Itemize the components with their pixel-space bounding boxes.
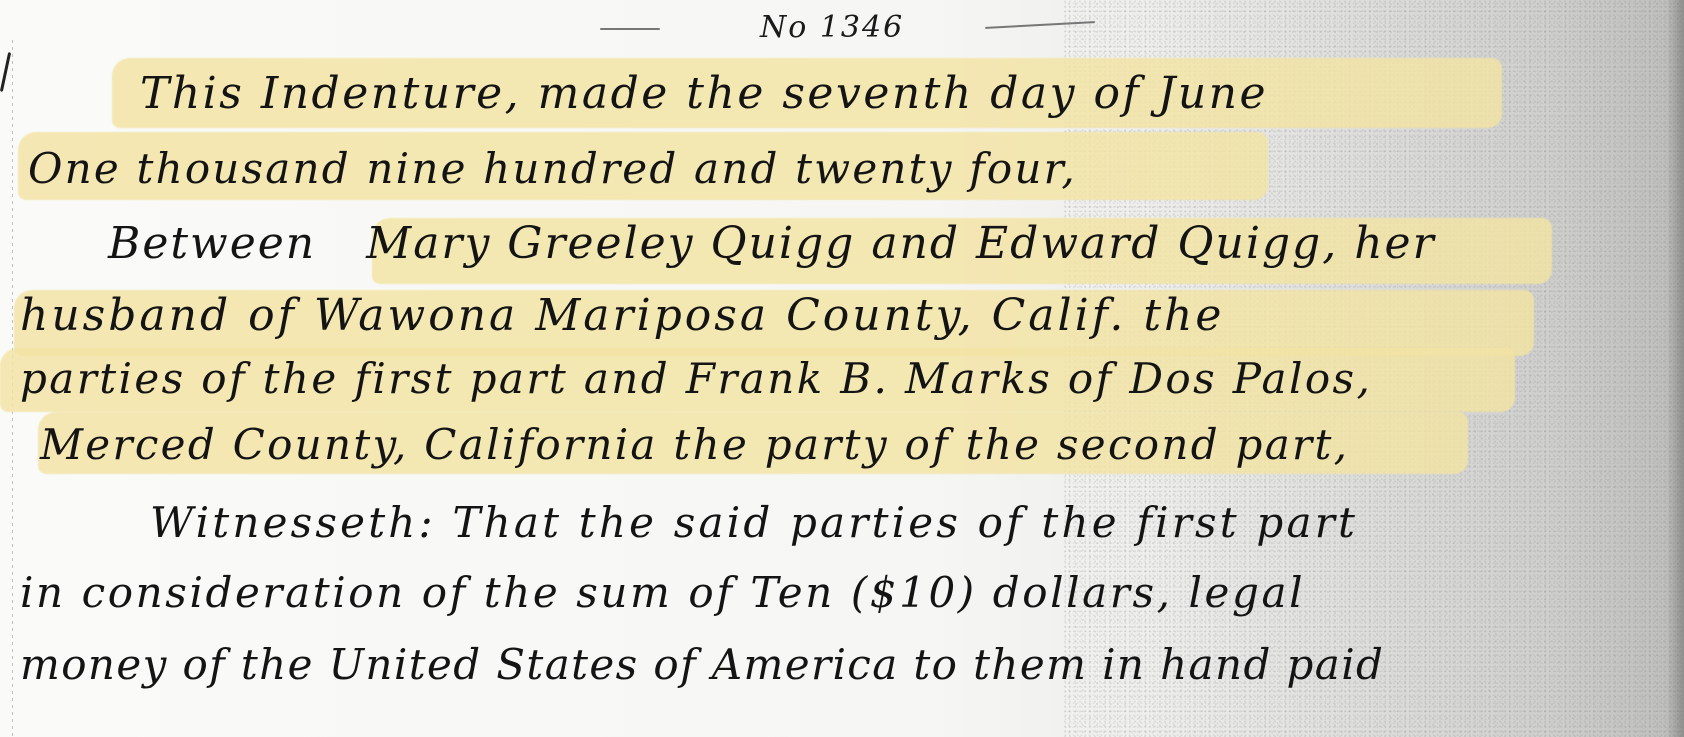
text-line-7: Witnesseth: That the said parties of the… — [150, 502, 1358, 544]
page-edge-shadow — [1666, 0, 1684, 737]
record-number: No 1346 — [760, 10, 904, 45]
text-line-6: Merced County, California the party of t… — [40, 424, 1349, 466]
text-line-9: money of the United States of America to… — [20, 644, 1384, 686]
scanned-document-page: No 1346 This Indenture, made the seventh… — [0, 0, 1684, 737]
margin-mark — [0, 52, 11, 92]
grantor-names: Mary Greeley Quigg and Edward Quigg, her — [366, 222, 1435, 266]
text-line-3: BetweenMary Greeley Quigg and Edward Qui… — [108, 222, 1436, 266]
text-line-5: parties of the first part and Frank B. M… — [20, 358, 1372, 400]
text-line-2: One thousand nine hundred and twenty fou… — [28, 148, 1077, 190]
between-word: Between — [108, 222, 316, 266]
text-line-8: in consideration of the sum of Ten ($10)… — [20, 572, 1305, 614]
header-dash-left — [600, 28, 660, 30]
text-line-1: This Indenture, made the seventh day of … — [140, 72, 1268, 116]
text-line-4: husband of Wawona Mariposa County, Calif… — [20, 294, 1224, 338]
